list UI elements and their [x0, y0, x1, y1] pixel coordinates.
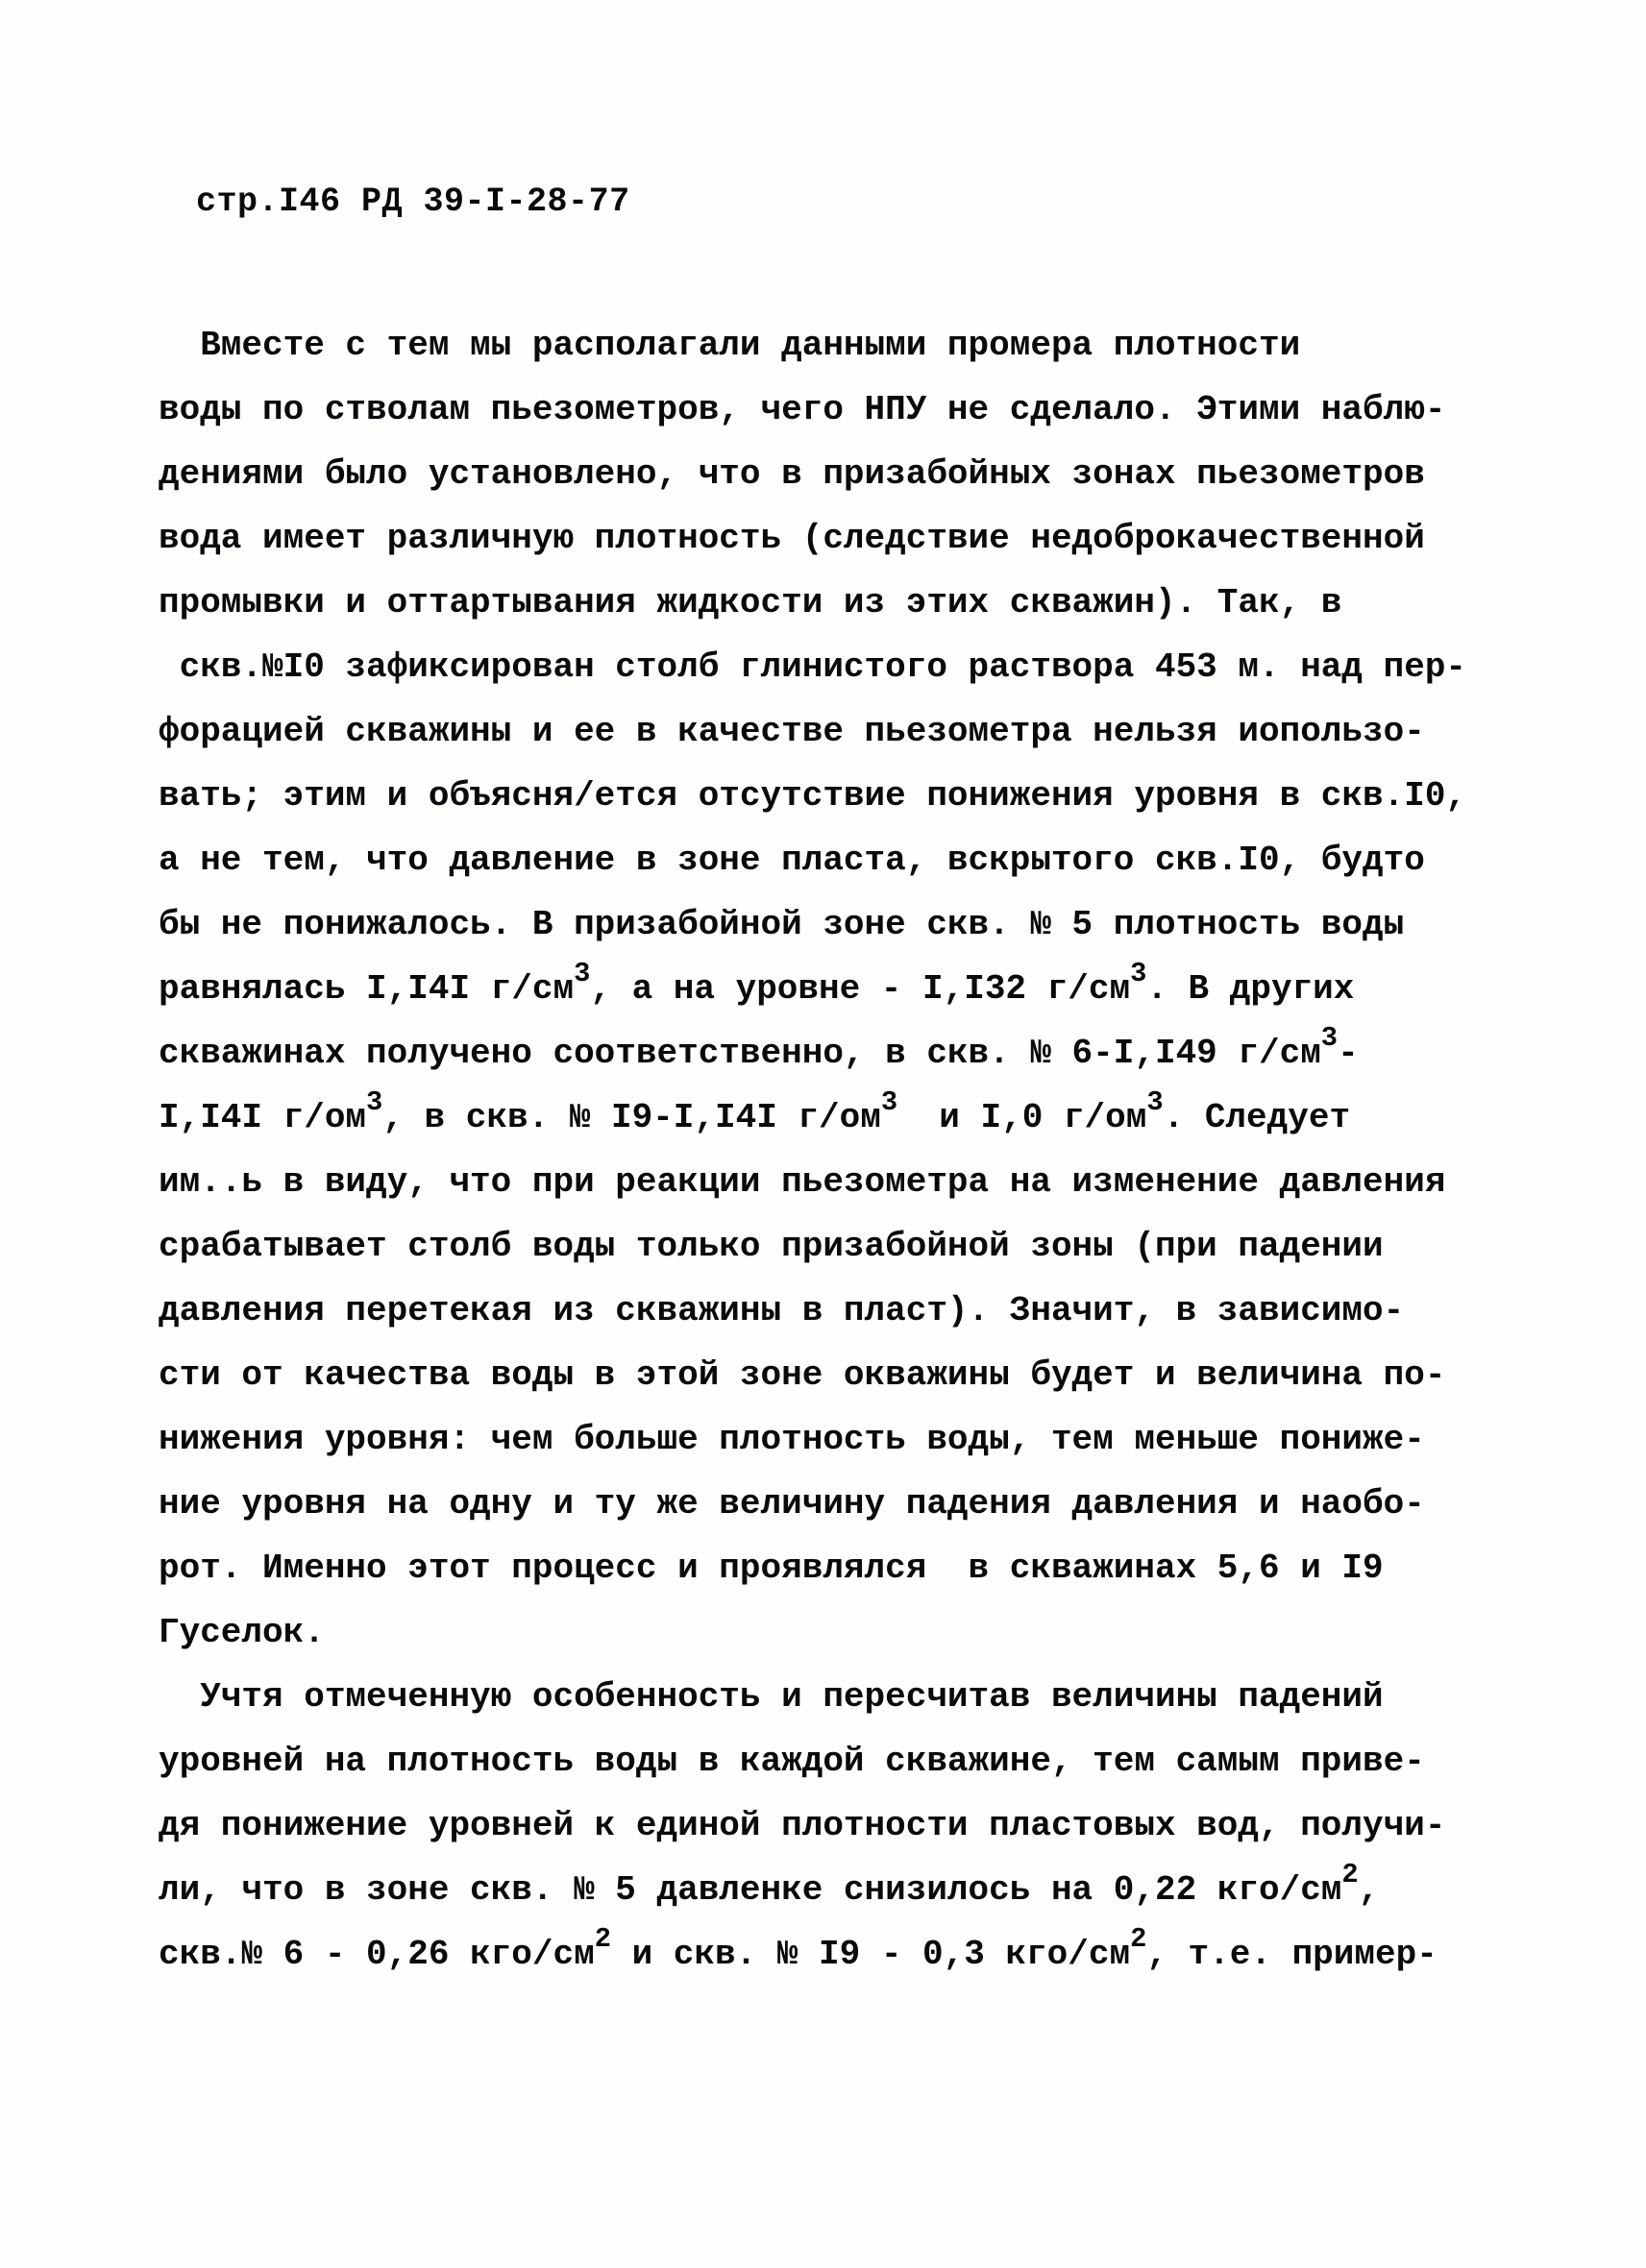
text-line: срабатывает столб воды только призабойно…: [159, 1214, 1523, 1279]
text-line: вать; этим и объясня/ется отсутствие пон…: [159, 764, 1523, 828]
scanned-document-page: стр.I46 РД 39-I-28-77 Вместе с тем мы ра…: [0, 0, 1646, 2268]
superscript-exponent: 3: [574, 958, 590, 989]
text-line: воды по стволам пьезометров, чего НПУ не…: [159, 378, 1523, 442]
text-line: равнялась I,I4I г/см3, а на уровне - I,I…: [159, 957, 1523, 1021]
page-text: Вместе с тем мы располагали данными пром…: [159, 313, 1523, 1987]
text-line: бы не понижалось. В призабойной зоне скв…: [159, 892, 1523, 957]
superscript-exponent: 3: [1130, 958, 1146, 989]
text-line: скв.№ 6 - 0,26 кго/см2 и скв. № I9 - 0,3…: [159, 1922, 1523, 1987]
superscript-exponent: 3: [1321, 1022, 1338, 1054]
superscript-exponent: 3: [1146, 1086, 1163, 1118]
superscript-exponent: 3: [366, 1086, 382, 1118]
text-line: вода имеет различную плотность (следстви…: [159, 506, 1523, 571]
text-line: дениями было установлено, что в призабой…: [159, 442, 1523, 506]
text-line: скв.№I0 зафиксирован столб глинистого ра…: [159, 635, 1523, 699]
superscript-exponent: 2: [1130, 1923, 1146, 1955]
text-line: дя понижение уровней к единой плотности …: [159, 1793, 1523, 1858]
text-line: а не тем, что давление в зоне пласта, вс…: [159, 828, 1523, 892]
text-line: I,I4I г/ом3, в скв. № I9-I,I4I г/ом3 и I…: [159, 1085, 1523, 1150]
text-line: Учтя отмеченную особенность и пересчитав…: [159, 1665, 1523, 1729]
superscript-exponent: 3: [881, 1086, 897, 1118]
text-line: промывки и оттартывания жидкости из этих…: [159, 571, 1523, 635]
superscript-exponent: 2: [1341, 1859, 1358, 1890]
text-line: скважинах получено соответственно, в скв…: [159, 1021, 1523, 1085]
text-line: Гуселок.: [159, 1600, 1523, 1665]
text-line: давления перетекая из скважины в пласт).…: [159, 1279, 1523, 1343]
text-line: ние уровня на одну и ту же величину паде…: [159, 1472, 1523, 1536]
text-line: ли, что в зоне скв. № 5 давленке снизило…: [159, 1858, 1523, 1922]
text-line: уровней на плотность воды в каждой скваж…: [159, 1729, 1523, 1793]
page-header: стр.I46 РД 39-I-28-77: [196, 183, 630, 221]
text-line: рот. Именно этот процесс и проявлялся в …: [159, 1536, 1523, 1600]
text-line: форацией скважины и ее в качестве пьезом…: [159, 699, 1523, 764]
superscript-exponent: 2: [595, 1923, 611, 1955]
text-line: им..ь в виду, что при реакции пьезометра…: [159, 1150, 1523, 1214]
text-line: нижения уровня: чем больше плотность вод…: [159, 1407, 1523, 1472]
text-line: Вместе с тем мы располагали данными пром…: [159, 313, 1523, 378]
text-line: сти от качества воды в этой зоне окважин…: [159, 1343, 1523, 1407]
